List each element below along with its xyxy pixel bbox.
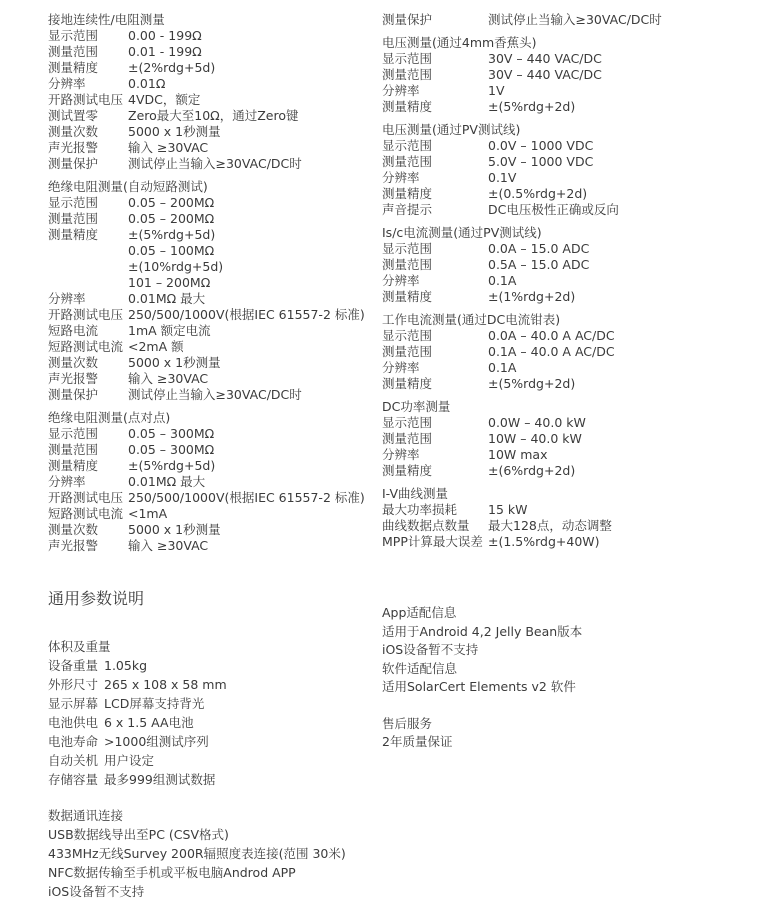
spec-row-value: 5.0V – 1000 VDC xyxy=(488,154,727,170)
spec-row: 声光报警 输入 ≥30VAC xyxy=(48,371,378,387)
spec-row-label: 开路测试电压 xyxy=(48,307,128,323)
spec-section-title: 绝缘电阻测量(点对点) xyxy=(48,410,378,426)
spec-section: 接地连续性/电阻测量 显示范围 0.00 - 199Ω 测量范围 0.01 - … xyxy=(48,12,378,172)
spec-section: 电压测量(通过4mm香蕉头) 显示范围 30V – 440 VAC/DC 测量范… xyxy=(382,35,727,115)
spec-rows: 显示范围 0.05 – 200MΩ 测量范围 0.05 – 200MΩ 测量精度 xyxy=(48,195,378,403)
spec-row-label: 显示范围 xyxy=(382,51,488,67)
spec-row-value: 1V xyxy=(488,83,727,99)
spec-row: 测量精度 ±(6%rdg+2d) xyxy=(382,463,727,479)
spec-section-title: 绝缘电阻测量(自动短路测试) xyxy=(48,179,378,195)
spec-row-value: 5000 x 1秒测量 xyxy=(128,355,378,371)
spec-row-label: MPP计算最大误差 xyxy=(382,534,488,550)
spec-row-label: 显示范围 xyxy=(382,415,488,431)
spec-section-title: 电压测量(通过4mm香蕉头) xyxy=(382,35,727,51)
spec-row-label: 声音提示 xyxy=(382,202,488,218)
spec-row-value: <2mA 额 xyxy=(128,339,378,355)
spec-row: 曲线数据点数量 最大128点，动态调整 xyxy=(382,518,727,534)
spec-row-value: 输入 ≥30VAC xyxy=(128,538,378,554)
general-row-value: 1.05kg xyxy=(104,656,378,675)
general-row: 自动关机 用户设定 xyxy=(48,751,378,770)
spec-rows: 显示范围 0.0W – 40.0 kW 测量范围 10W – 40.0 kW 分… xyxy=(382,415,727,479)
spec-row: 显示范围 0.0A – 15.0 ADC xyxy=(382,241,727,257)
spec-row: 声音提示 DC电压极性正确或反向 xyxy=(382,202,727,218)
spec-section-title: I-V曲线测量 xyxy=(382,486,727,502)
general-parameters-heading: 通用参数说明 xyxy=(48,588,378,610)
spec-rows: 显示范围 0.0A – 15.0 ADC 测量范围 0.5A – 15.0 AD… xyxy=(382,241,727,305)
general-row-label: 电池供电 xyxy=(48,713,104,732)
spec-section-title: 工作电流测量(通过DC电流钳表) xyxy=(382,312,727,328)
dimensions-weight-section: 体积及重量 设备重量 1.05kg 外形尺寸 265 x 108 x 58 mm… xyxy=(48,637,378,789)
spec-section: DC功率测量 显示范围 0.0W – 40.0 kW 测量范围 10W – 40… xyxy=(382,399,727,479)
spec-row-value: 5000 x 1秒测量 xyxy=(128,522,378,538)
spec-row-value: 0.05 – 300MΩ xyxy=(128,426,378,442)
comms-section-title: 数据通讯连接 xyxy=(48,806,378,825)
spec-row-label: 声光报警 xyxy=(48,538,128,554)
spec-row: 测量精度 ±(1%rdg+2d) xyxy=(382,289,727,305)
spec-row-value: 250/500/1000V(根据IEC 61557-2 标准) xyxy=(128,307,378,323)
spec-section: Is/c电流测量(通过PV测试线) 显示范围 0.0A – 15.0 ADC 测… xyxy=(382,225,727,305)
spec-rows: 显示范围 0.00 - 199Ω 测量范围 0.01 - 199Ω 测量精度 xyxy=(48,28,378,172)
spec-row-label: 测量次数 xyxy=(48,522,128,538)
spec-row-label: 测量范围 xyxy=(382,154,488,170)
spec-row: 测量范围 30V – 440 VAC/DC xyxy=(382,67,727,83)
comms-line: NFC数据传输至手机或平板电脑Androd APP xyxy=(48,863,378,882)
spec-row-value: 0.1V xyxy=(488,170,727,186)
spec-section-title: Is/c电流测量(通过PV测试线) xyxy=(382,225,727,241)
spec-row-value: 10W max xyxy=(488,447,727,463)
spec-row-value: ±(5%rdg+5d) xyxy=(128,458,378,474)
after-sales-group: 售后服务 2年质量保证 xyxy=(382,715,727,752)
general-row-value: 用户设定 xyxy=(104,751,378,770)
spec-row-value: 0.0A – 40.0 A AC/DC xyxy=(488,328,727,344)
spec-row: 声光报警 输入 ≥30VAC xyxy=(48,140,378,156)
spec-row-value: 最大128点，动态调整 xyxy=(488,518,727,534)
general-row: 电池供电 6 x 1.5 AA电池 xyxy=(48,713,378,732)
spec-row-label: 测试置零 xyxy=(48,108,128,124)
spec-row-label: 分辨率 xyxy=(382,170,488,186)
spec-row-label: 测量范围 xyxy=(48,44,128,60)
spec-row: 测量精度 ±(0.5%rdg+2d) xyxy=(382,186,727,202)
spec-row-value: 测试停止当输入≥30VAC/DC时 xyxy=(488,12,727,28)
spec-section-title: 接地连续性/电阻测量 xyxy=(48,12,378,28)
spec-row-value: 30V – 440 VAC/DC xyxy=(488,67,727,83)
spec-row-label: 测量范围 xyxy=(382,257,488,273)
spec-row-label: 显示范围 xyxy=(382,241,488,257)
spec-row: ±(10%rdg+5d) xyxy=(48,259,378,275)
info-line: 2年质量保证 xyxy=(382,733,727,752)
spec-row-value: 5000 x 1秒测量 xyxy=(128,124,378,140)
spec-row-label: 开路测试电压 xyxy=(48,490,128,506)
spec-row: 测量精度 ±(5%rdg+2d) xyxy=(382,376,727,392)
spec-section: 绝缘电阻测量(点对点) 显示范围 0.05 – 300MΩ 测量范围 0.05 … xyxy=(48,410,378,554)
info-line: App适配信息 xyxy=(382,604,727,623)
spec-section: I-V曲线测量 最大功率损耗 15 kW 曲线数据点数量 最大128点，动态调整 xyxy=(382,486,727,550)
spec-sheet-page: 接地连续性/电阻测量 显示范围 0.00 - 199Ω 测量范围 0.01 - … xyxy=(0,0,760,921)
spec-row: 短路测试电流 <2mA 额 xyxy=(48,339,378,355)
spec-section-title: 电压测量(通过PV测试线) xyxy=(382,122,727,138)
spec-row: 测量范围 0.01 - 199Ω xyxy=(48,44,378,60)
spec-row-value: 0.01Ω xyxy=(128,76,378,92)
spec-row: 分辨率 0.01MΩ 最大 xyxy=(48,474,378,490)
spec-row-value: 输入 ≥30VAC xyxy=(128,371,378,387)
spec-row-value: ±(5%rdg+2d) xyxy=(488,99,727,115)
app-compatibility-group: App适配信息 适用于Android 4,2 Jelly Bean版本 iOS设… xyxy=(382,604,727,697)
general-row: 设备重量 1.05kg xyxy=(48,656,378,675)
spec-row-label: 测量精度 xyxy=(382,186,488,202)
spec-row-value: 0.01MΩ 最大 xyxy=(128,474,378,490)
spec-row: 显示范围 0.05 – 200MΩ xyxy=(48,195,378,211)
spec-row-label: 测量次数 xyxy=(48,124,128,140)
spec-row-label: 显示范围 xyxy=(382,328,488,344)
spec-row-label: 测量保护 xyxy=(48,387,128,403)
left-column: 接地连续性/电阻测量 显示范围 0.00 - 199Ω 测量范围 0.01 - … xyxy=(48,5,378,901)
spec-row-label: 测量精度 xyxy=(48,458,128,474)
spec-row: 测量精度 ±(5%rdg+2d) xyxy=(382,99,727,115)
spec-row-value: DC电压极性正确或反向 xyxy=(488,202,727,218)
spec-row: 分辨率 0.1A xyxy=(382,360,727,376)
spec-row: 分辨率 0.01MΩ 最大 xyxy=(48,291,378,307)
spec-row: 显示范围 0.0A – 40.0 A AC/DC xyxy=(382,328,727,344)
general-row-label: 设备重量 xyxy=(48,656,104,675)
spec-row-label: 测量范围 xyxy=(382,431,488,447)
spec-row-value: 0.05 – 300MΩ xyxy=(128,442,378,458)
general-row-label: 自动关机 xyxy=(48,751,104,770)
spec-row-label: 测量范围 xyxy=(382,67,488,83)
general-row-label: 电池寿命 xyxy=(48,732,104,751)
right-column: 测量保护 测试停止当输入≥30VAC/DC时 电压测量(通过4mm香蕉头) 显示… xyxy=(382,5,727,752)
spec-row-label: 测量精度 xyxy=(382,376,488,392)
info-line: 适用SolarCert Elements v2 软件 xyxy=(382,678,727,697)
spec-row: 测量精度 ±(5%rdg+5d) xyxy=(48,458,378,474)
spec-row-label: 声光报警 xyxy=(48,140,128,156)
spec-row-label: 测量精度 xyxy=(48,60,128,76)
spec-row: 最大功率损耗 15 kW xyxy=(382,502,727,518)
spec-row-value: ±(1%rdg+2d) xyxy=(488,289,727,305)
spec-row: MPP计算最大误差 ±(1.5%rdg+40W) xyxy=(382,534,727,550)
spec-row: 分辨率 10W max xyxy=(382,447,727,463)
general-row: 存储容量 最多999组测试数据 xyxy=(48,770,378,789)
spec-row-label: 测量保护 xyxy=(48,156,128,172)
general-row-value: >1000组测试序列 xyxy=(104,732,378,751)
spec-row-label: 分辨率 xyxy=(382,273,488,289)
spec-section: 电压测量(通过PV测试线) 显示范围 0.0V – 1000 VDC 测量范围 … xyxy=(382,122,727,218)
spec-row: 测量保护 测试停止当输入≥30VAC/DC时 xyxy=(48,387,378,403)
comms-lines: USB数据线导出至PC (CSV格式) 433MHz无线Survey 200R辐… xyxy=(48,825,378,901)
general-row-label: 存储容量 xyxy=(48,770,104,789)
spec-row-value: 0.0W – 40.0 kW xyxy=(488,415,727,431)
info-line: 适用于Android 4,2 Jelly Bean版本 xyxy=(382,623,727,642)
spec-row: 显示范围 0.00 - 199Ω xyxy=(48,28,378,44)
general-row-value: LCD屏幕支持背光 xyxy=(104,694,378,713)
spec-row-value: 0.00 - 199Ω xyxy=(128,28,378,44)
spec-row-label: 测量范围 xyxy=(382,344,488,360)
spec-row-value: ±(10%rdg+5d) xyxy=(128,259,378,275)
spec-row: 分辨率 0.01Ω xyxy=(48,76,378,92)
spec-row-value: 0.05 – 200MΩ xyxy=(128,195,378,211)
dimensions-rows: 设备重量 1.05kg 外形尺寸 265 x 108 x 58 mm 显示屏幕 … xyxy=(48,656,378,789)
spec-row-value: 0.05 – 100MΩ xyxy=(128,243,378,259)
spec-row: 显示范围 0.05 – 300MΩ xyxy=(48,426,378,442)
spec-row-label: 曲线数据点数量 xyxy=(382,518,488,534)
spec-row-value: 测试停止当输入≥30VAC/DC时 xyxy=(128,387,378,403)
spec-row: 声光报警 输入 ≥30VAC xyxy=(48,538,378,554)
comms-line: iOS设备暂不支持 xyxy=(48,882,378,901)
spec-row: 测量次数 5000 x 1秒测量 xyxy=(48,124,378,140)
spec-row-value: ±(0.5%rdg+2d) xyxy=(488,186,727,202)
spec-row-label: 显示范围 xyxy=(48,28,128,44)
spec-row-value: ±(5%rdg+5d) xyxy=(128,227,378,243)
spec-row-label xyxy=(48,243,128,259)
spec-row-label: 测量精度 xyxy=(382,289,488,305)
spec-row-value: 0.01MΩ 最大 xyxy=(128,291,378,307)
spec-row-label: 测量范围 xyxy=(48,211,128,227)
spec-row-value: 输入 ≥30VAC xyxy=(128,140,378,156)
spec-row-label xyxy=(48,275,128,291)
spec-row-value: ±(5%rdg+2d) xyxy=(488,376,727,392)
right-spec-sections: 电压测量(通过4mm香蕉头) 显示范围 30V – 440 VAC/DC 测量范… xyxy=(382,35,727,550)
spec-row-label: 开路测试电压 xyxy=(48,92,128,108)
general-row: 电池寿命 >1000组测试序列 xyxy=(48,732,378,751)
spec-row-value: 0.1A – 40.0 A AC/DC xyxy=(488,344,727,360)
general-row: 外形尺寸 265 x 108 x 58 mm xyxy=(48,675,378,694)
spec-row: 短路测试电流 <1mA xyxy=(48,506,378,522)
spec-section: 工作电流测量(通过DC电流钳表) 显示范围 0.0A – 40.0 A AC/D… xyxy=(382,312,727,392)
spec-row-label: 测量精度 xyxy=(382,99,488,115)
spec-row: 显示范围 0.0V – 1000 VDC xyxy=(382,138,727,154)
spec-rows: 最大功率损耗 15 kW 曲线数据点数量 最大128点，动态调整 MPP计算最大… xyxy=(382,502,727,550)
spec-rows: 显示范围 0.0A – 40.0 A AC/DC 测量范围 0.1A – 40.… xyxy=(382,328,727,392)
spec-row-label: 显示范围 xyxy=(48,426,128,442)
spec-row-label xyxy=(48,259,128,275)
spec-row-label: 分辨率 xyxy=(48,76,128,92)
spec-row-value: ±(2%rdg+5d) xyxy=(128,60,378,76)
spec-row: 分辨率 1V xyxy=(382,83,727,99)
spec-row-value: 101 – 200MΩ xyxy=(128,275,378,291)
spec-row-label: 分辨率 xyxy=(382,360,488,376)
carryover-spec-row: 测量保护 测试停止当输入≥30VAC/DC时 xyxy=(382,12,727,28)
spec-row-label: 短路电流 xyxy=(48,323,128,339)
spec-row: 0.05 – 100MΩ xyxy=(48,243,378,259)
info-line: 售后服务 xyxy=(382,715,727,734)
general-row-label: 显示屏幕 xyxy=(48,694,104,713)
spec-row-value: 250/500/1000V(根据IEC 61557-2 标准) xyxy=(128,490,378,506)
spec-row-label: 声光报警 xyxy=(48,371,128,387)
spec-row: 开路测试电压 4VDC，额定 xyxy=(48,92,378,108)
spec-row: 测量次数 5000 x 1秒测量 xyxy=(48,522,378,538)
spec-row: 短路电流 1mA 额定电流 xyxy=(48,323,378,339)
spec-row-value: 0.1A xyxy=(488,273,727,289)
spec-row-value: ±(1.5%rdg+40W) xyxy=(488,534,727,550)
spec-row-value: 10W – 40.0 kW xyxy=(488,431,727,447)
spec-rows: 显示范围 30V – 440 VAC/DC 测量范围 30V – 440 VAC… xyxy=(382,51,727,115)
general-row-value: 6 x 1.5 AA电池 xyxy=(104,713,378,732)
data-comms-section: 数据通讯连接 USB数据线导出至PC (CSV格式) 433MHz无线Surve… xyxy=(48,806,378,901)
spec-row-label: 分辨率 xyxy=(382,83,488,99)
spec-row-label: 分辨率 xyxy=(48,474,128,490)
spec-row: 测试置零 Zero最大至10Ω，通过Zero键 xyxy=(48,108,378,124)
spec-rows: 显示范围 0.05 – 300MΩ 测量范围 0.05 – 300MΩ 测量精度 xyxy=(48,426,378,554)
spec-row: 测量范围 10W – 40.0 kW xyxy=(382,431,727,447)
spec-row-label: 最大功率损耗 xyxy=(382,502,488,518)
comms-line: 433MHz无线Survey 200R辐照度表连接(范围 30米) xyxy=(48,844,378,863)
spec-row-label: 测量保护 xyxy=(382,12,488,28)
spec-row: 分辨率 0.1A xyxy=(382,273,727,289)
spec-row-label: 分辨率 xyxy=(382,447,488,463)
spec-row: 显示范围 0.0W – 40.0 kW xyxy=(382,415,727,431)
spec-row-value: 4VDC，额定 xyxy=(128,92,378,108)
spec-row: 开路测试电压 250/500/1000V(根据IEC 61557-2 标准) xyxy=(48,307,378,323)
spec-row: 显示范围 30V – 440 VAC/DC xyxy=(382,51,727,67)
spec-row-label: 短路测试电流 xyxy=(48,506,128,522)
info-line: iOS设备暂不支持 xyxy=(382,641,727,660)
spec-row-label: 短路测试电流 xyxy=(48,339,128,355)
spec-row-value: 15 kW xyxy=(488,502,727,518)
spec-row-value: 0.05 – 200MΩ xyxy=(128,211,378,227)
spec-rows: 显示范围 0.0V – 1000 VDC 测量范围 5.0V – 1000 VD… xyxy=(382,138,727,218)
general-row-label: 外形尺寸 xyxy=(48,675,104,694)
spec-row-value: 0.0V – 1000 VDC xyxy=(488,138,727,154)
spec-row: 分辨率 0.1V xyxy=(382,170,727,186)
spec-section-title: DC功率测量 xyxy=(382,399,727,415)
spec-row-value: 0.01 - 199Ω xyxy=(128,44,378,60)
spec-row: 测量范围 0.5A – 15.0 ADC xyxy=(382,257,727,273)
spec-row-value: 1mA 额定电流 xyxy=(128,323,378,339)
spec-row-label: 测量精度 xyxy=(382,463,488,479)
spec-row: 测量范围 0.05 – 200MΩ xyxy=(48,211,378,227)
spec-row-label: 测量精度 xyxy=(48,227,128,243)
spec-row: 101 – 200MΩ xyxy=(48,275,378,291)
general-row: 显示屏幕 LCD屏幕支持背光 xyxy=(48,694,378,713)
spec-row: 测量精度 ±(5%rdg+5d) xyxy=(48,227,378,243)
spec-row-value: <1mA xyxy=(128,506,378,522)
spec-row: 测量范围 5.0V – 1000 VDC xyxy=(382,154,727,170)
spec-row-label: 显示范围 xyxy=(48,195,128,211)
spec-row-value: 0.1A xyxy=(488,360,727,376)
spec-row: 测量精度 ±(2%rdg+5d) xyxy=(48,60,378,76)
spec-row-value: 0.0A – 15.0 ADC xyxy=(488,241,727,257)
spec-row: 开路测试电压 250/500/1000V(根据IEC 61557-2 标准) xyxy=(48,490,378,506)
comms-line: USB数据线导出至PC (CSV格式) xyxy=(48,825,378,844)
info-line: 软件适配信息 xyxy=(382,660,727,679)
spec-row: 测量范围 0.05 – 300MΩ xyxy=(48,442,378,458)
left-spec-sections: 接地连续性/电阻测量 显示范围 0.00 - 199Ω 测量范围 0.01 - … xyxy=(48,12,378,554)
spec-section: 绝缘电阻测量(自动短路测试) 显示范围 0.05 – 200MΩ 测量范围 0.… xyxy=(48,179,378,403)
spec-row-value: ±(6%rdg+2d) xyxy=(488,463,727,479)
spec-row-value: Zero最大至10Ω，通过Zero键 xyxy=(128,108,378,124)
spec-row: 测量范围 0.1A – 40.0 A AC/DC xyxy=(382,344,727,360)
spec-row: 测量保护 测试停止当输入≥30VAC/DC时 xyxy=(48,156,378,172)
spec-row-label: 分辨率 xyxy=(48,291,128,307)
spec-row: 测量次数 5000 x 1秒测量 xyxy=(48,355,378,371)
general-row-value: 265 x 108 x 58 mm xyxy=(104,675,378,694)
general-row-value: 最多999组测试数据 xyxy=(104,770,378,789)
spec-row-label: 测量范围 xyxy=(48,442,128,458)
dimensions-section-title: 体积及重量 xyxy=(48,637,378,656)
spec-row-label: 测量次数 xyxy=(48,355,128,371)
spec-row-value: 0.5A – 15.0 ADC xyxy=(488,257,727,273)
spec-row-value: 测试停止当输入≥30VAC/DC时 xyxy=(128,156,378,172)
spec-row-value: 30V – 440 VAC/DC xyxy=(488,51,727,67)
spec-row-label: 显示范围 xyxy=(382,138,488,154)
